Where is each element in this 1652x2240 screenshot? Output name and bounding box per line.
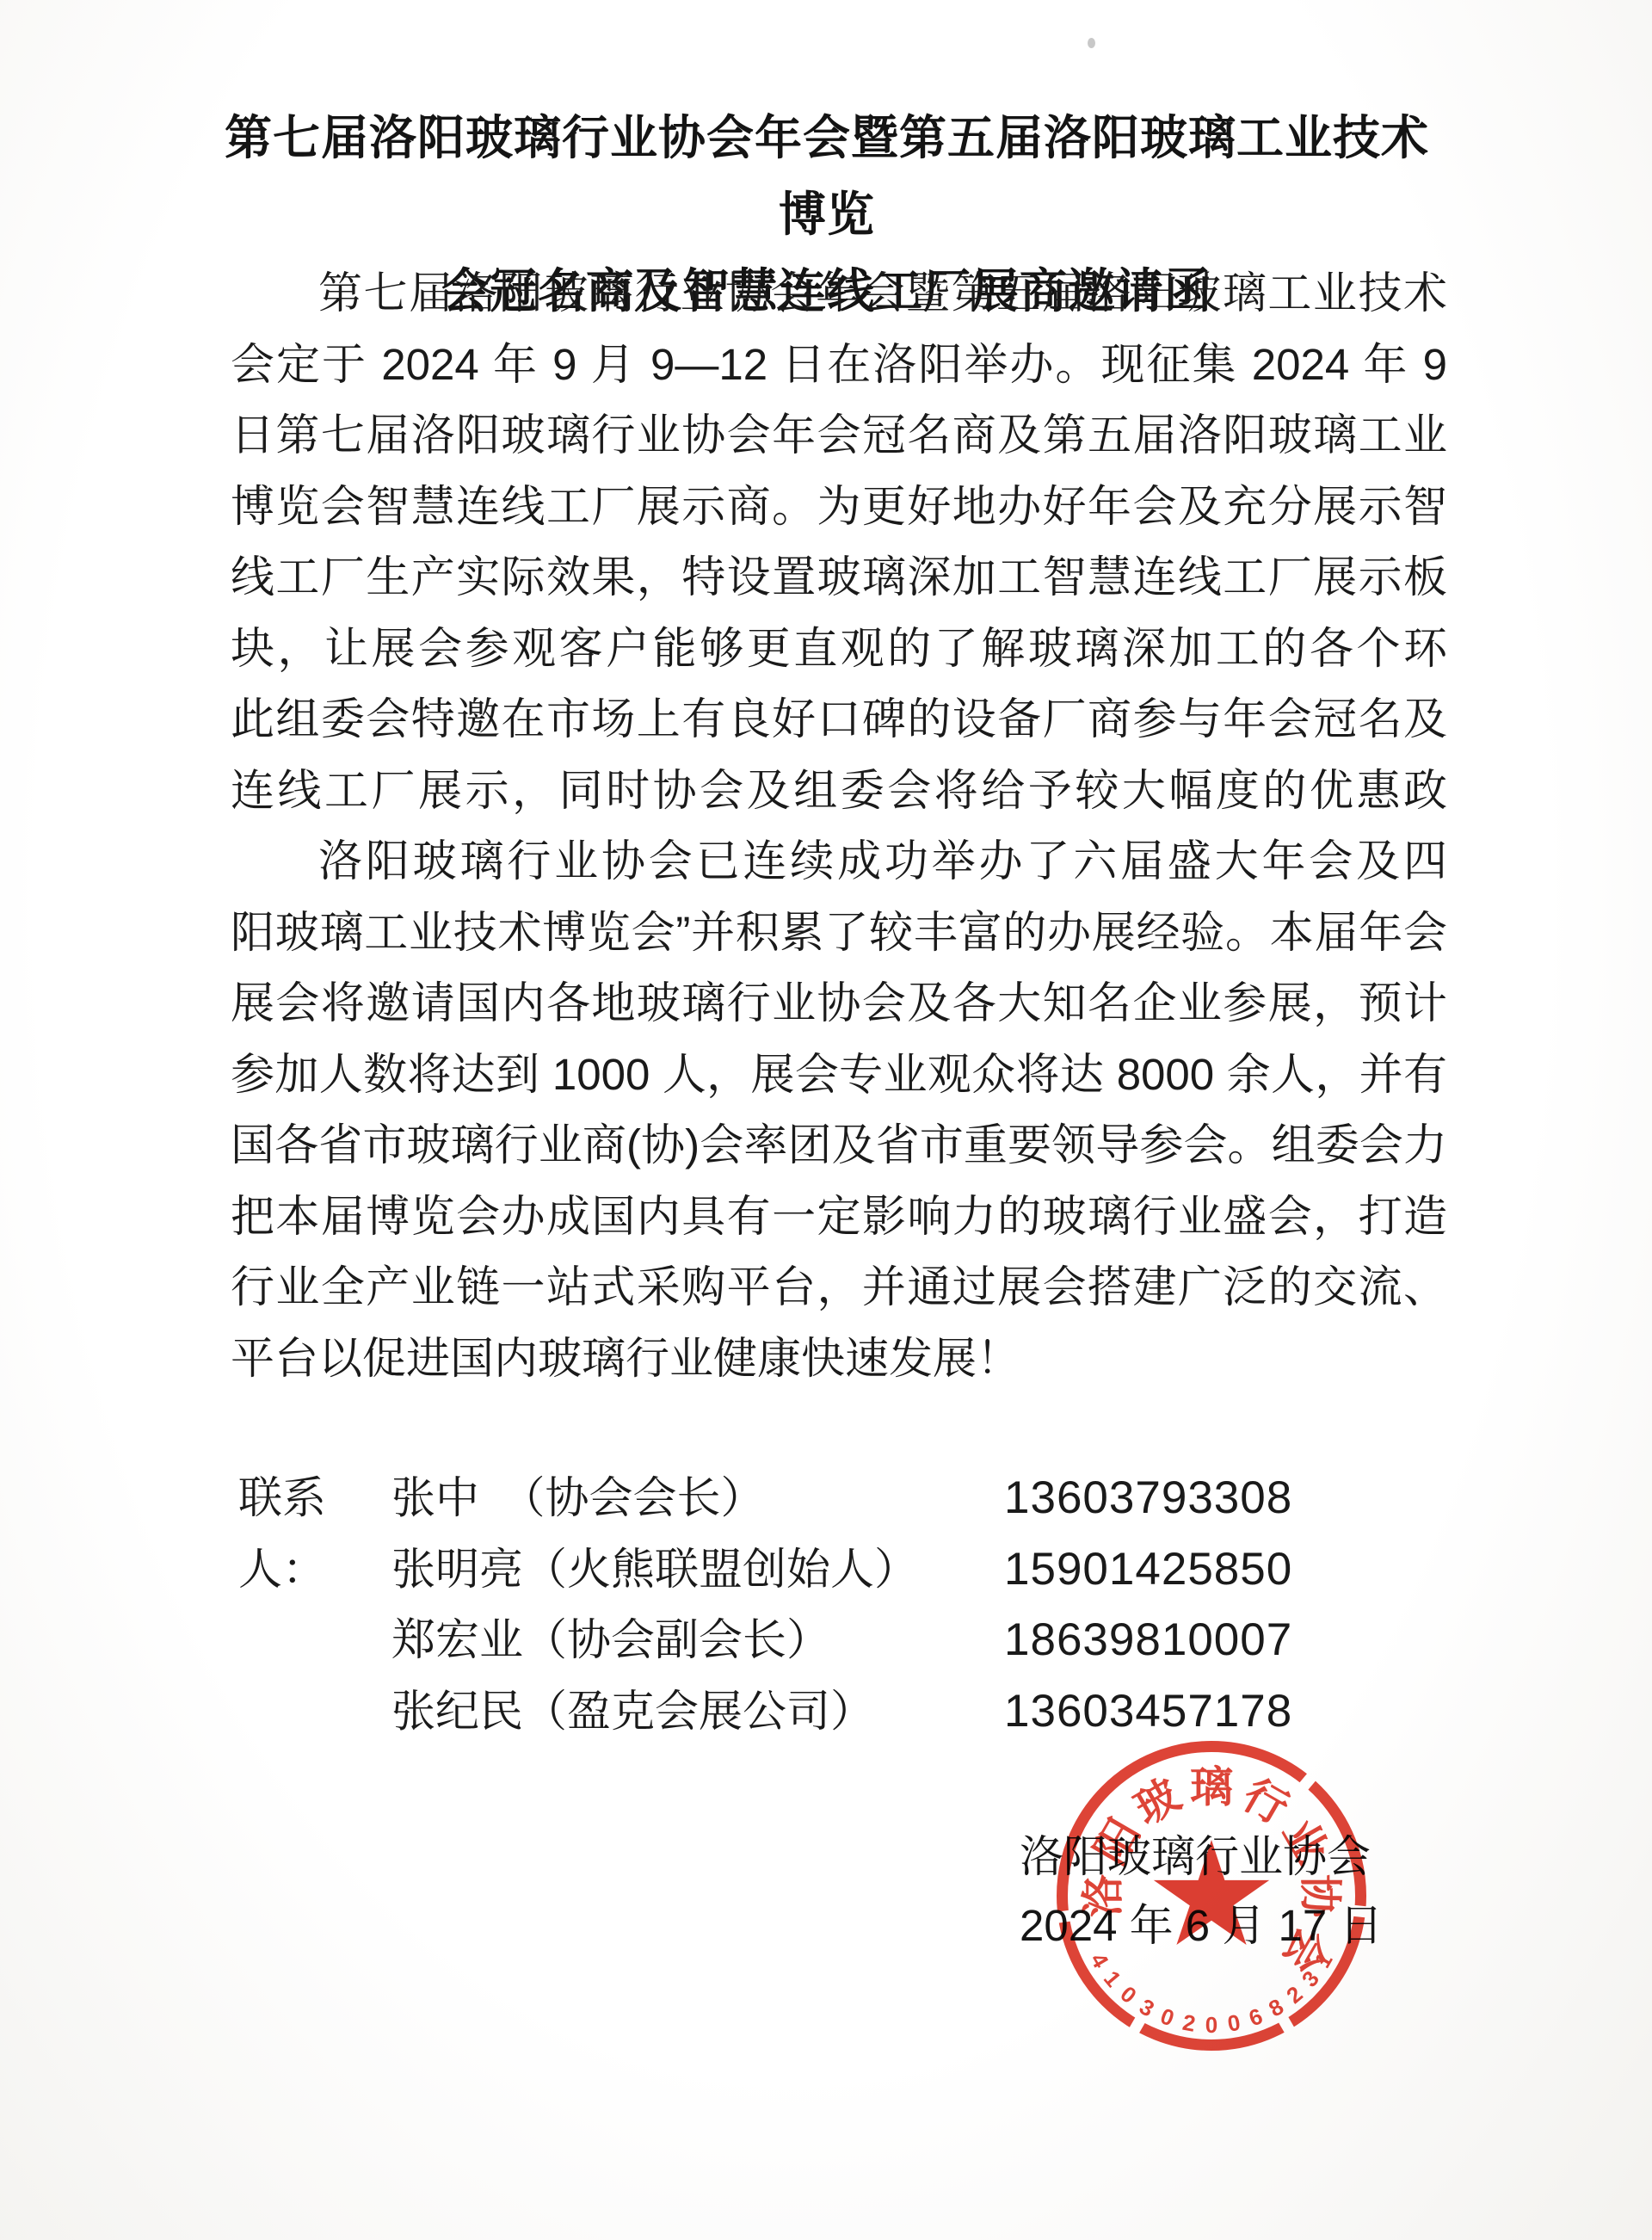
contacts-label: 联系人： bbox=[238, 1463, 391, 1534]
contact-row: 郑宏业（协会副会长） 18639810007 bbox=[238, 1605, 1452, 1676]
body-line: 块，让展会参观客户能够更直观的了解玻璃深加工的各个环节。为 bbox=[231, 614, 1447, 685]
official-seal-stamp: 洛 阳 玻 璃 行 业 协 会 4 1 0 3 0 2 0 0 6 8 2 3 … bbox=[1057, 1741, 1366, 2051]
body-line: 阳玻璃工业技术博览会”并积累了较丰富的办展经验。本届年会及 bbox=[231, 898, 1447, 969]
contact-row: 张明亮（火熊联盟创始人） 15901425850 bbox=[238, 1534, 1452, 1606]
scan-artifact-dot bbox=[1088, 38, 1095, 48]
body-line: 此组委会特邀在市场上有良好口碑的设备厂商参与年会冠名及智慧 bbox=[231, 684, 1447, 756]
body-line: 日第七届洛阳玻璃行业协会年会冠名商及第五届洛阳玻璃工业技术 bbox=[231, 400, 1447, 472]
body-line: 行业全产业链一站式采购平台，并通过展会搭建广泛的交流、共赢 bbox=[231, 1252, 1447, 1324]
contact-phone: 15901425850 bbox=[1004, 1534, 1452, 1606]
body-line: 线工厂生产实际效果，特设置玻璃深加工智慧连线工厂展示板 bbox=[231, 542, 1447, 614]
contact-phone: 18639810007 bbox=[1004, 1605, 1452, 1676]
title-line-1: 第七届洛阳玻璃行业协会年会暨第五届洛阳玻璃工业技术博览 bbox=[219, 100, 1435, 253]
contact-name: 张中 （协会会长） bbox=[391, 1463, 1004, 1534]
contact-list: 联系人： 张中 （协会会长） 13603793308 张明亮（火熊联盟创始人） … bbox=[238, 1463, 1452, 1747]
contact-phone: 13603793308 bbox=[1004, 1463, 1452, 1534]
invitation-letter-page: 第七届洛阳玻璃行业协会年会暨第五届洛阳玻璃工业技术博览 会冠名商及智慧连线工厂展… bbox=[0, 0, 1652, 2240]
body-line: 把本届博览会办成国内具有一定影响力的玻璃行业盛会，打造玻璃 bbox=[231, 1182, 1447, 1253]
body-line: 博览会智慧连线工厂展示商。为更好地办好年会及充分展示智慧连 bbox=[231, 472, 1447, 543]
contact-phone: 13603457178 bbox=[1004, 1676, 1452, 1748]
document-body: 第七届洛阳玻璃行业协会年会暨第五届洛阳玻璃工业技术博览 会定于 2024 年 9… bbox=[231, 258, 1447, 1394]
contact-name: 张纪民（盈克会展公司） bbox=[391, 1676, 1004, 1748]
body-line: 国各省市玻璃行业商(协)会率团及省市重要领导参会。组委会力争 bbox=[231, 1110, 1447, 1182]
body-line: 会定于 2024 年 9 月 9—12 日在洛阳举办。现征集 2024 年 9 … bbox=[231, 330, 1447, 401]
contact-name: 张明亮（火熊联盟创始人） bbox=[391, 1534, 1004, 1606]
contact-name: 郑宏业（协会副会长） bbox=[391, 1605, 1004, 1676]
body-line: 参加人数将达到 1000 人，展会专业观众将达 8000 余人，并有全 bbox=[231, 1040, 1447, 1111]
contact-row: 张纪民（盈克会展公司） 13603457178 bbox=[238, 1676, 1452, 1748]
body-line: 平台以促进国内玻璃行业健康快速发展！ bbox=[231, 1324, 1447, 1395]
body-line: 展会将邀请国内各地玻璃行业协会及各大知名企业参展，预计年会 bbox=[231, 968, 1447, 1040]
contact-row: 联系人： 张中 （协会会长） 13603793308 bbox=[238, 1463, 1452, 1534]
body-line: 洛阳玻璃行业协会已连续成功举办了六届盛大年会及四届“洛 bbox=[231, 826, 1447, 898]
body-line: 连线工厂展示，同时协会及组委会将给予较大幅度的优惠政策。 bbox=[231, 756, 1447, 827]
body-line: 第七届洛阳玻璃行业协会年会暨第五届洛阳玻璃工业技术博览 bbox=[231, 258, 1447, 330]
